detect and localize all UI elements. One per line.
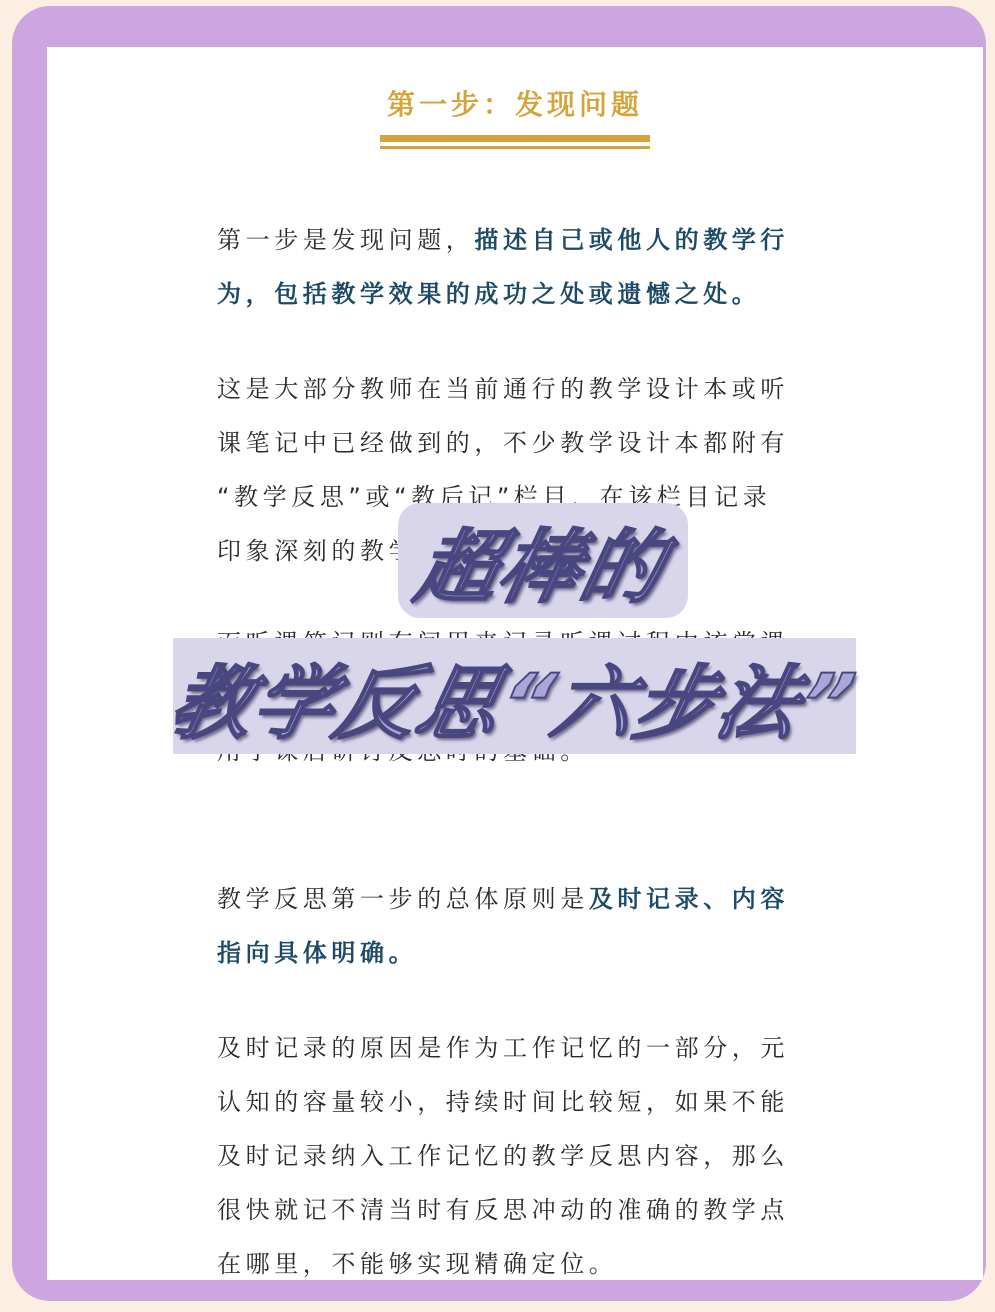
paragraph-text: 第一步是发现问题， — [217, 226, 474, 254]
article-page: 第一步：发现问题 第一步是发现问题，描述自己或他人的教学行 为，包括教学效果的成… — [47, 47, 983, 1280]
paragraph-1: 第一步是发现问题，描述自己或他人的教学行 为，包括教学效果的成功之处或遗憾之处。 — [217, 213, 817, 321]
overlay-title-bottom: 教学反思“六步法” — [162, 639, 867, 754]
section-heading: 第一步：发现问题 — [47, 85, 983, 125]
paragraph-text: 教学反思第一步的总体原则是 — [217, 885, 589, 913]
highlight-text: 指向具体明确。 — [217, 926, 817, 980]
highlight-text: 描述自己或他人的教学行 — [474, 226, 789, 254]
decorative-frame: 第一步：发现问题 第一步是发现问题，描述自己或他人的教学行 为，包括教学效果的成… — [12, 6, 986, 1301]
paragraph-line: 及时记录的原因是作为工作记忆的一部分，元 — [217, 1021, 817, 1075]
paragraph-4: 教学反思第一步的总体原则是及时记录、内容 指向具体明确。 — [217, 872, 817, 980]
paragraph-line: 在哪里，不能够实现精确定位。 — [217, 1237, 817, 1280]
overlay-title-top: 超棒的 — [408, 503, 678, 618]
highlight-text: 为，包括教学效果的成功之处或遗憾之处。 — [217, 267, 817, 321]
paragraph-line: 及时记录纳入工作记忆的教学反思内容，那么 — [217, 1129, 817, 1183]
paragraph-line: 很快就记不清当时有反思冲动的准确的教学点 — [217, 1183, 817, 1237]
paragraph-line: 认知的容量较小，持续时间比较短，如果不能 — [217, 1075, 817, 1129]
highlight-text: 及时记录、内容 — [589, 885, 789, 913]
overlay-badge-top: 超棒的 — [398, 503, 688, 618]
heading-underline-thin — [380, 146, 650, 149]
heading-underline-thick — [380, 135, 650, 142]
paragraph-5: 及时记录的原因是作为工作记忆的一部分，元 认知的容量较小，持续时间比较短，如果不… — [217, 1021, 817, 1280]
overlay-banner-bottom: 教学反思“六步法” — [173, 638, 856, 754]
paragraph-line: 这是大部分教师在当前通行的教学设计本或听 — [217, 362, 817, 416]
paragraph-line: 课笔记中已经做到的，不少教学设计本都附有 — [217, 416, 817, 470]
